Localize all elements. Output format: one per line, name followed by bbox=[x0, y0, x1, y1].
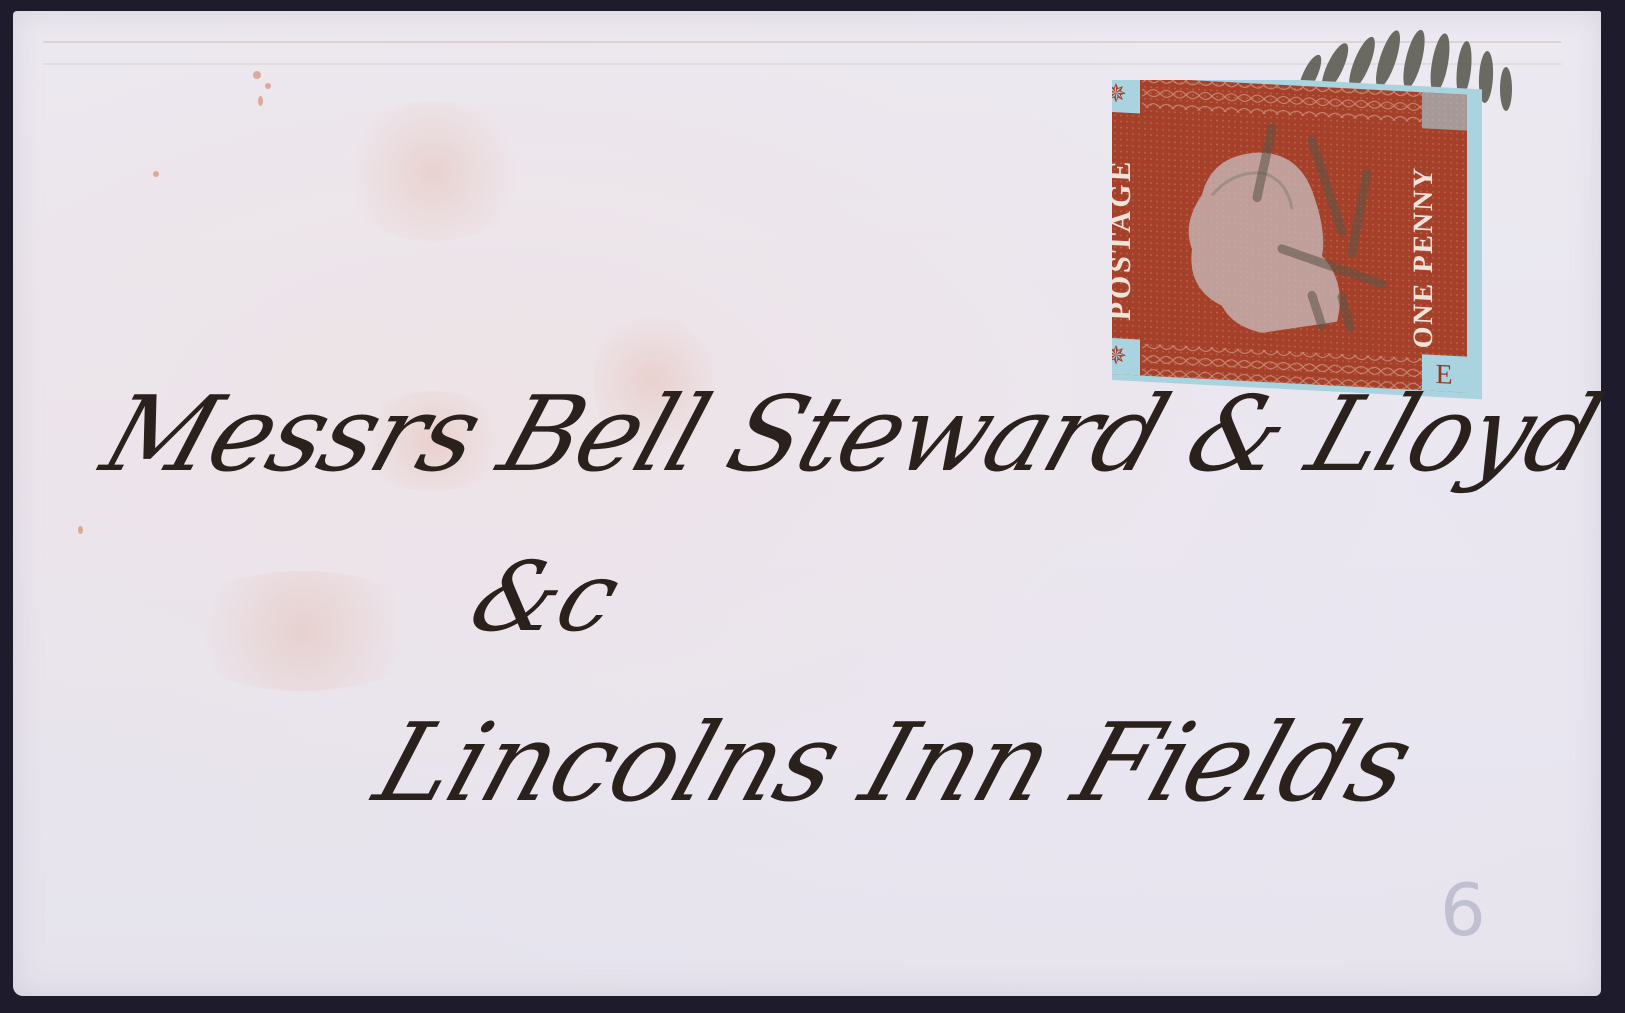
stamp-value-label: ONE PENNY bbox=[1408, 165, 1439, 349]
svg-text:✵: ✵ bbox=[1112, 80, 1127, 110]
foxing-spot bbox=[153, 171, 159, 177]
penny-red-stamp: ✵ ✵ E POSTAGE ONE PENNY bbox=[1112, 80, 1542, 400]
foxing-cloud bbox=[333, 101, 533, 241]
foxing-cloud bbox=[353, 391, 513, 491]
foxing-spot bbox=[258, 96, 263, 106]
stamp-postage-label: POSTAGE bbox=[1112, 157, 1137, 321]
foxing-spot bbox=[265, 83, 271, 89]
foxing-spot bbox=[253, 71, 261, 79]
svg-text:✵: ✵ bbox=[1112, 341, 1127, 372]
foxing-cloud bbox=[173, 571, 433, 691]
foxing-cloud bbox=[593, 301, 713, 461]
corner-letter: E bbox=[1435, 359, 1452, 391]
corner-star-icon: ✵ bbox=[1112, 80, 1140, 113]
foxing-spot bbox=[78, 526, 83, 534]
